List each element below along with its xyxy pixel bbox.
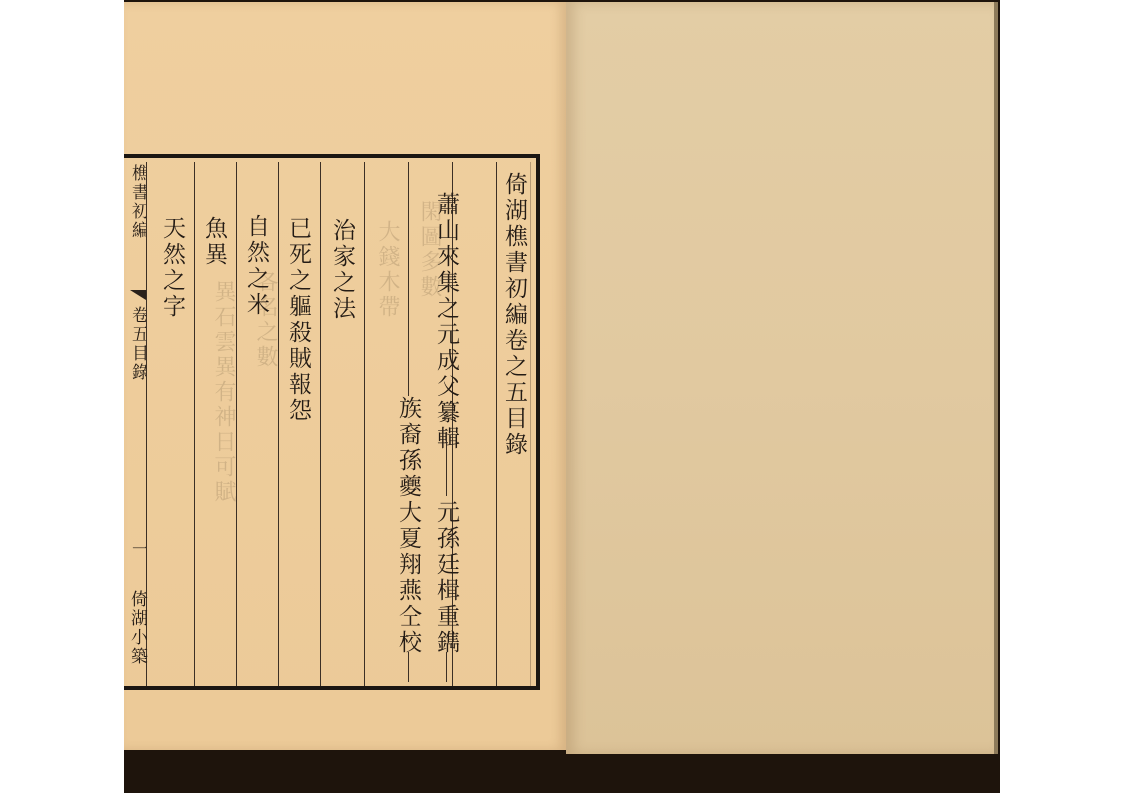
centre-short-title: 樵書初編 bbox=[124, 164, 146, 240]
toc-entry: 魚異 bbox=[202, 216, 225, 268]
toc-entry: 天然之字 bbox=[160, 216, 183, 320]
separator-line bbox=[446, 652, 447, 682]
column-rule bbox=[320, 162, 321, 686]
centre-volume: 卷五目錄 bbox=[124, 306, 146, 382]
column-rule bbox=[194, 162, 195, 686]
column-rule bbox=[408, 162, 409, 382]
column-rule bbox=[278, 162, 279, 686]
column-rule bbox=[496, 162, 497, 686]
column-rule bbox=[530, 162, 531, 686]
centre-studio: 倚湖小築 bbox=[128, 590, 145, 666]
fishtail-mark bbox=[130, 290, 146, 300]
toc-entry: 自然之米 bbox=[244, 214, 267, 318]
centre-page-number: 一 bbox=[124, 540, 146, 559]
separator-line bbox=[446, 432, 447, 496]
separator-line bbox=[408, 652, 409, 682]
column-rule bbox=[364, 162, 365, 686]
toc-entry: 治家之法 bbox=[330, 218, 353, 322]
compiler-line: 蕭山來集之元成父纂輯 bbox=[434, 192, 457, 452]
reprinter-line: 元孫廷楫重鐫 bbox=[434, 500, 457, 656]
volume-title: 倚湖樵書初編卷之五目錄 bbox=[502, 172, 525, 458]
right-page-blank bbox=[566, 2, 994, 754]
page-edge bbox=[994, 2, 998, 754]
separator-line bbox=[408, 382, 409, 396]
proofreader-line: 族裔孫夔大夏翔燕仝校 bbox=[396, 396, 419, 656]
toc-entry: 已死之軀殺賊報怨 bbox=[286, 216, 309, 424]
bleed-through: 異石雲異有神日可賦 bbox=[208, 280, 239, 505]
bleed-through: 大錢木帶 bbox=[372, 220, 403, 320]
